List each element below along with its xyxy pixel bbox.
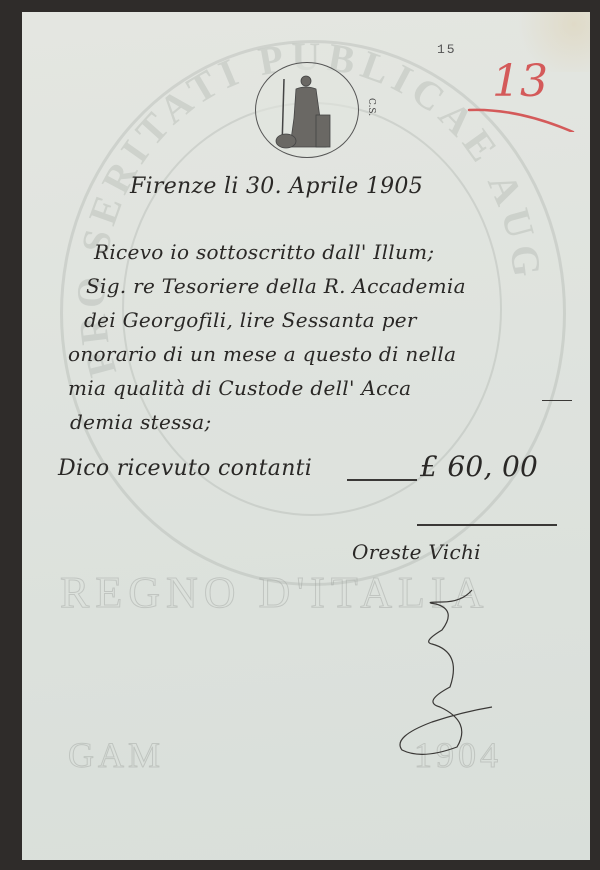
amount-leader-line xyxy=(347,479,417,481)
signature-rule xyxy=(417,524,557,526)
body-line-6: demia stessa; xyxy=(70,410,212,434)
page-number: 15 xyxy=(437,42,457,57)
body-line-5: mia qualità di Custode dell' Acca xyxy=(68,376,411,400)
signature-flourish xyxy=(362,582,522,762)
amount: £ 60, 00 xyxy=(420,450,538,483)
body-line-4: onorario di un mese a questo di nella xyxy=(68,342,456,366)
body-line-2: Sig. re Tesoriere della R. Accademia xyxy=(86,274,466,298)
body-line-1: Ricevo io sottoscritto dall' Illum; xyxy=(94,240,434,264)
archive-mark: 13 xyxy=(492,56,548,107)
body-line-3: dei Georgofili, lire Sessanta per xyxy=(84,308,417,332)
stamp-initials: C.S. xyxy=(366,98,376,116)
document-paper: PRO SERITATI PUBLICAE AUG REGNO D'ITALIA… xyxy=(22,12,590,860)
hyphen-mark xyxy=(542,400,572,401)
date-line: Firenze li 30. Aprile 1905 xyxy=(130,174,423,199)
signature: Oreste Vichi xyxy=(352,540,481,564)
received-line: Dico ricevuto contanti xyxy=(58,456,312,481)
watermark-maker: GAM xyxy=(68,734,164,776)
engraved-stamp-icon xyxy=(255,62,359,158)
